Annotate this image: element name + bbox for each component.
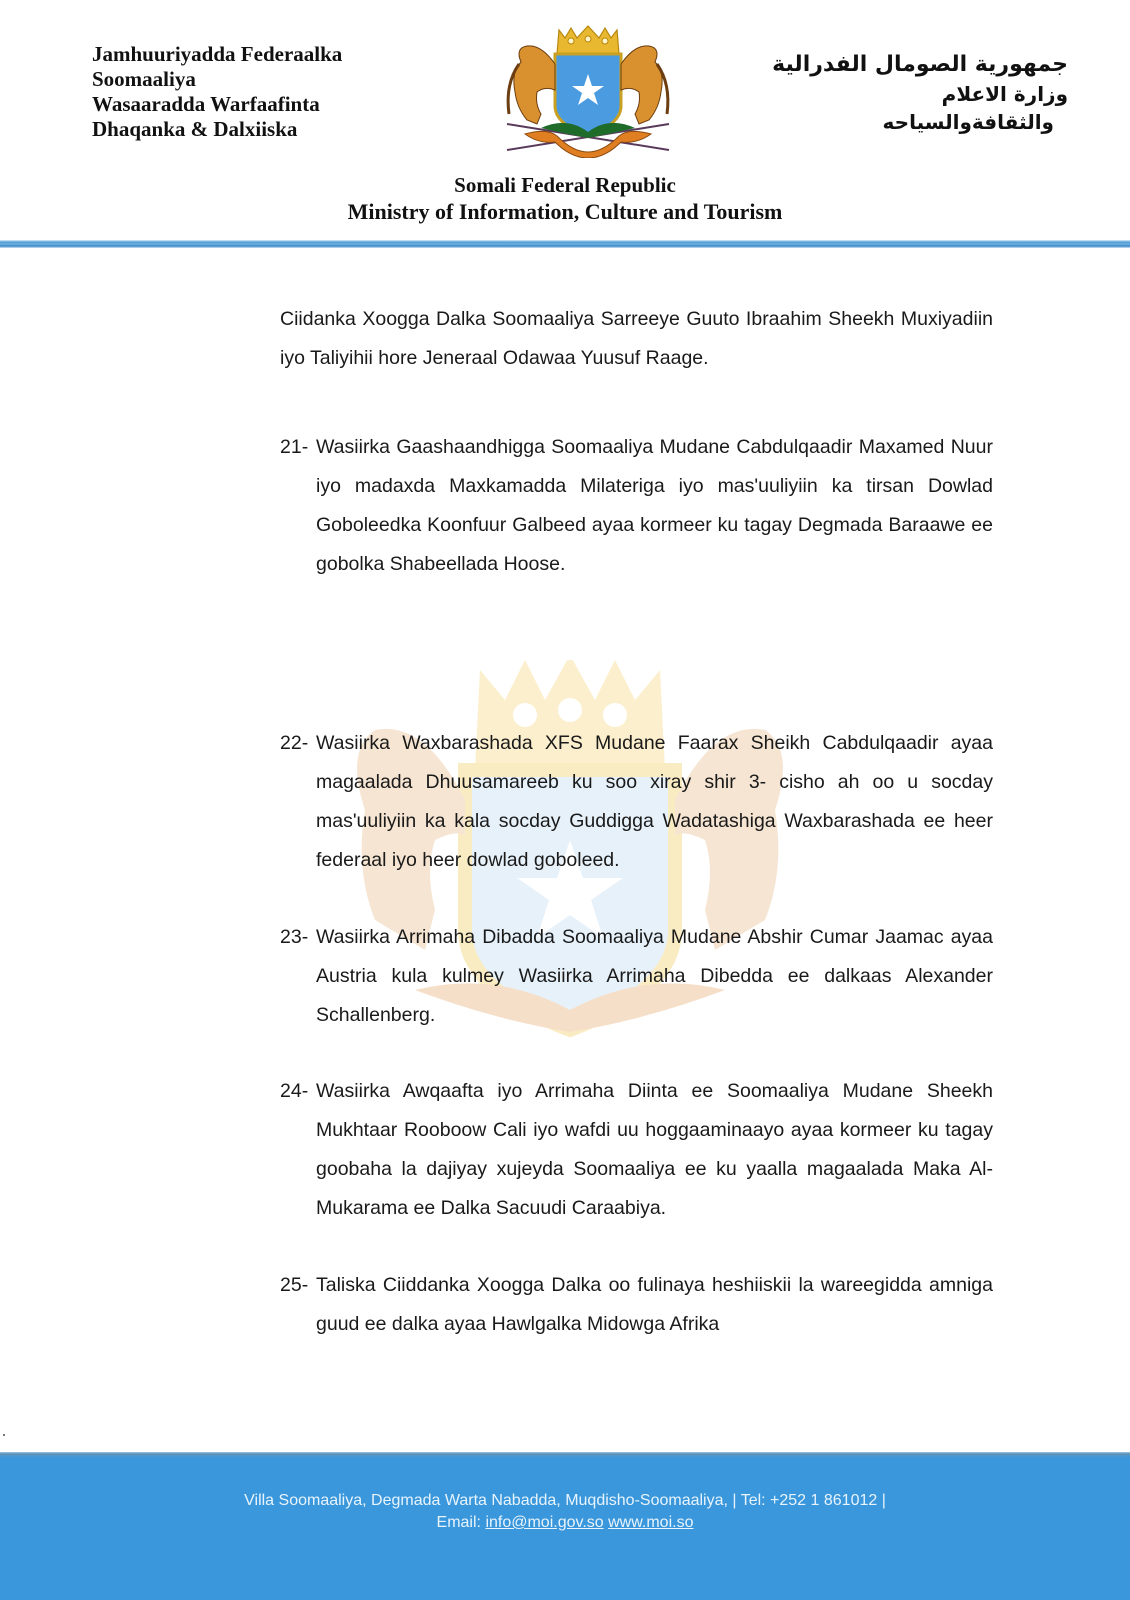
arabic-ministry-name: جمهورية الصومال الفدرالية وزارة الاعلام …: [772, 50, 1068, 136]
arabic-line-2: وزارة الاعلام: [772, 80, 1068, 108]
english-title: Somali Federal Republic: [0, 172, 1130, 198]
news-item-22: 22- Wasiirka Waxbarashada XFS Mudane Faa…: [280, 724, 993, 880]
news-item-23: 23- Wasiirka Arrimaha Dibadda Soomaaliya…: [280, 918, 993, 1035]
item-text: Wasiirka Waxbarashada XFS Mudane Faarax …: [316, 724, 993, 880]
english-subtitle: Ministry of Information, Culture and Tou…: [0, 198, 1130, 226]
email-link[interactable]: info@moi.gov.so: [485, 1514, 603, 1531]
item-text: Wasiirka Gaashaandhigga Soomaaliya Mudan…: [316, 428, 993, 584]
somali-line-1: Jamhuuriyadda Federaalka: [92, 42, 342, 67]
page-speck: [3, 1434, 5, 1436]
item-text: Taliska Ciiddanka Xoogga Dalka oo fulina…: [316, 1266, 993, 1344]
footer-divider: [0, 1452, 1130, 1458]
news-item-24: 24- Wasiirka Awqaafta iyo Arrimaha Diint…: [280, 1072, 993, 1228]
somali-line-4: Dhaqanka & Dalxiiska: [92, 117, 342, 142]
item-text: Wasiirka Arrimaha Dibadda Soomaaliya Mud…: [316, 918, 993, 1035]
somali-ministry-name: Jamhuuriyadda Federaalka Soomaaliya Wasa…: [92, 42, 342, 142]
arabic-line-3: والثقافةوالسياحه: [772, 108, 1068, 136]
website-link[interactable]: www.moi.so: [608, 1514, 693, 1531]
item-number: 24-: [280, 1072, 308, 1111]
continuation-paragraph: Ciidanka Xoogga Dalka Soomaaliya Sarreey…: [280, 300, 993, 378]
item-text: Wasiirka Awqaafta iyo Arrimaha Diinta ee…: [316, 1072, 993, 1228]
item-number: 23-: [280, 918, 308, 957]
item-number: 21-: [280, 428, 308, 467]
somalia-coat-of-arms-icon: [497, 24, 679, 158]
news-item-25: 25- Taliska Ciiddanka Xoogga Dalka oo fu…: [280, 1266, 993, 1344]
english-ministry-name: Somali Federal Republic Ministry of Info…: [0, 172, 1130, 226]
somali-line-2: Soomaaliya: [92, 67, 342, 92]
footer-contact: Villa Soomaaliya, Degmada Warta Nabadda,…: [0, 1490, 1130, 1534]
item-number: 25-: [280, 1266, 308, 1305]
header-divider: [0, 240, 1130, 248]
footer-links-line: Email: info@moi.gov.so www.moi.so: [0, 1512, 1130, 1534]
item-number: 22-: [280, 724, 308, 763]
news-item-21: 21- Wasiirka Gaashaandhigga Soomaaliya M…: [280, 428, 993, 584]
somali-line-3: Wasaaradda Warfaafinta: [92, 92, 342, 117]
footer-address: Villa Soomaaliya, Degmada Warta Nabadda,…: [0, 1490, 1130, 1512]
arabic-line-1: جمهورية الصومال الفدرالية: [772, 50, 1068, 80]
email-label: Email:: [437, 1514, 481, 1531]
